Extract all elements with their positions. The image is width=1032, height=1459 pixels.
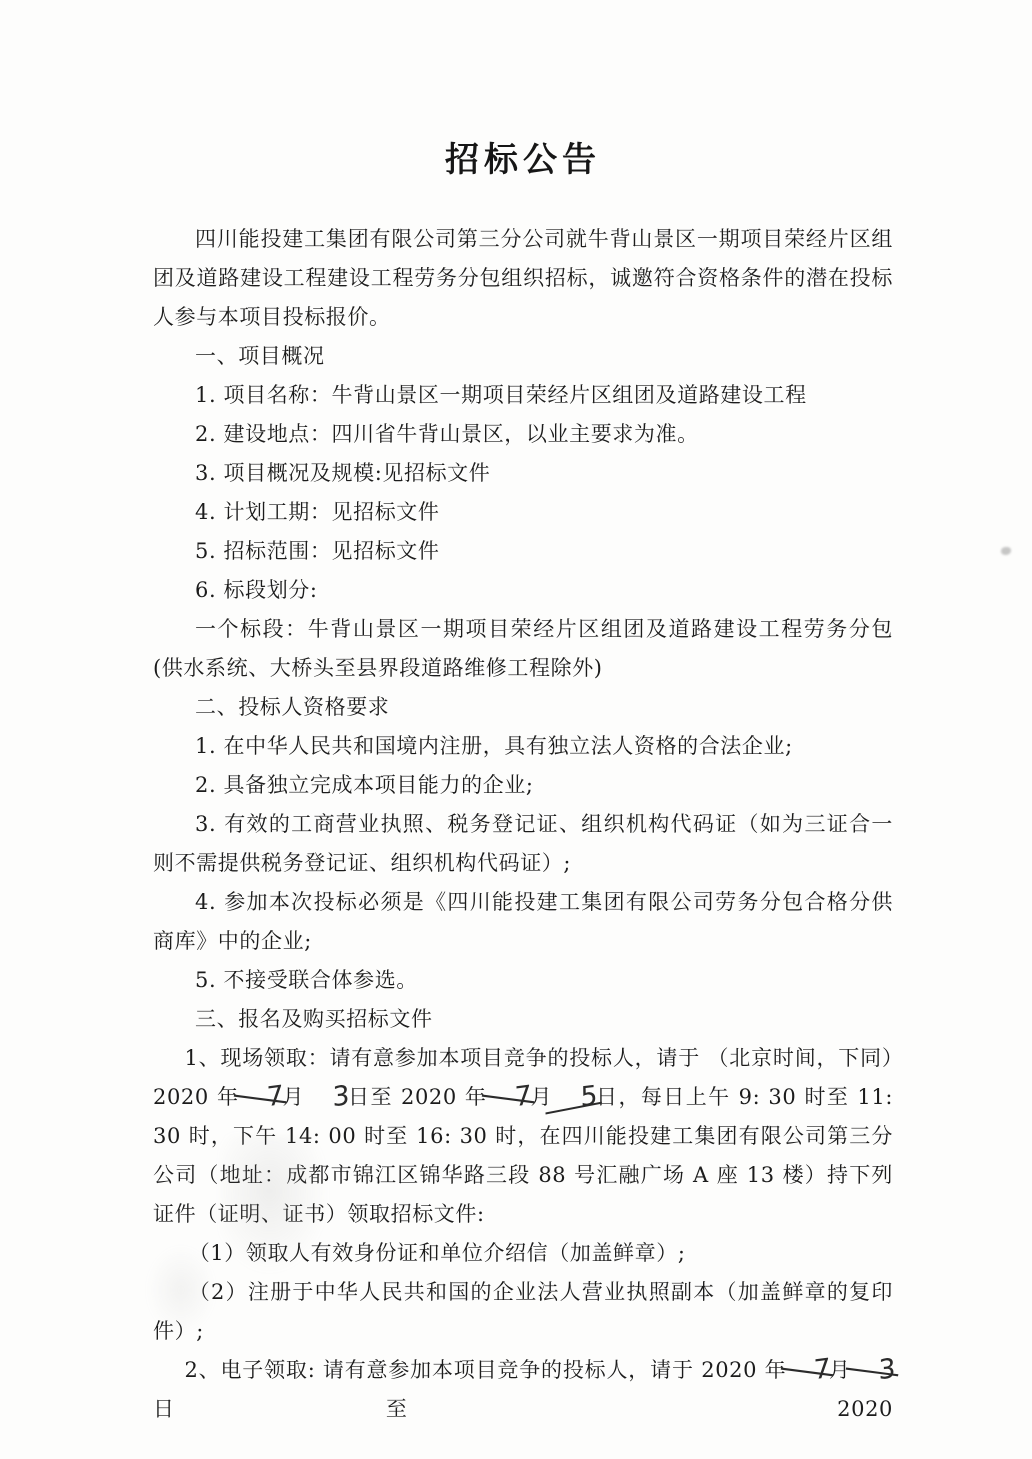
page-title: 招标公告	[153, 136, 893, 184]
qualification-2: 2. 具备独立完成本项目能力的企业;	[153, 766, 893, 805]
text-run: 5. 招标范围：见招标文件	[195, 539, 440, 563]
electronic-collection-paragraph: 2、电子领取: 请有意参加本项目竞争的投标人，请于 2020 年7月3日至 20…	[153, 1351, 893, 1429]
text-run: 一个标段：牛背山景区一期项目荣经片区组团及道路建设工程劳务分包(供水系统、大桥头…	[153, 617, 893, 680]
text-run: 2、电子领取: 请有意参加本项目竞争的投标人，请于 2020 年	[185, 1358, 787, 1382]
scan-smudge-artifact	[220, 1135, 330, 1275]
text-run: 3. 有效的工商营业执照、税务登记证、组织机构代码证（如为三证合一则不需提供税务…	[153, 812, 893, 875]
text-run: 日至 2020	[153, 1397, 893, 1421]
text-run: 6. 标段划分:	[195, 578, 318, 602]
text-run: 一、项目概况	[195, 344, 325, 368]
item-location: 2. 建设地点：四川省牛背山景区，以业主要求为准。	[153, 415, 893, 454]
item-schedule: 4. 计划工期：见招标文件	[153, 493, 893, 532]
text-run: （2）注册于中华人民共和国的企业法人营业执照副本（加盖鲜章的复印件）;	[153, 1280, 893, 1343]
handwritten-date-digit: 3	[847, 1359, 896, 1385]
handwritten-date-digit: 7	[235, 1086, 284, 1112]
certificate-2: （2）注册于中华人民共和国的企业法人营业执照副本（加盖鲜章的复印件）;	[153, 1273, 893, 1351]
text-run: 4. 参加本次投标必须是《四川能投建工集团有限公司劳务分包合格分供商库》中的企业…	[153, 890, 893, 953]
handwritten-date-digit: 7	[483, 1086, 532, 1112]
text-run: 2. 具备独立完成本项目能力的企业;	[195, 773, 534, 797]
handwritten-date-digit: 3	[301, 1086, 350, 1112]
item-overview-scale: 3. 项目概况及规模:见招标文件	[153, 454, 893, 493]
text-run: 四川能投建工集团有限公司第三分公司就牛背山景区一期项目荣经片区组团及道路建设工程…	[153, 227, 893, 329]
item-scope: 5. 招标范围：见招标文件	[153, 532, 893, 571]
text-run: 日至 2020 年	[347, 1085, 487, 1109]
handwritten-date-digit: 7	[782, 1359, 831, 1385]
item-project-name: 1. 项目名称：牛背山景区一期项目荣经片区组团及道路建设工程	[153, 376, 893, 415]
qualification-5: 5. 不接受联合体参选。	[153, 961, 893, 1000]
text-run: 三、报名及购买招标文件	[195, 1007, 433, 1031]
scan-speck-artifact	[1001, 547, 1011, 555]
text-run: 1. 在中华人民共和国境内注册，具有独立法人资格的合法企业;	[195, 734, 793, 758]
qualification-3: 3. 有效的工商营业执照、税务登记证、组织机构代码证（如为三证合一则不需提供税务…	[153, 805, 893, 883]
qualification-4: 4. 参加本次投标必须是《四川能投建工集团有限公司劳务分包合格分供商库》中的企业…	[153, 883, 893, 961]
section-2-heading: 二、投标人资格要求	[153, 688, 893, 727]
text-run: 5. 不接受联合体参选。	[195, 968, 418, 992]
scan-smudge-artifact	[146, 1245, 216, 1335]
text-run: 2. 建设地点：四川省牛背山景区，以业主要求为准。	[195, 422, 699, 446]
intro-paragraph: 四川能投建工集团有限公司第三分公司就牛背山景区一期项目荣经片区组团及道路建设工程…	[153, 220, 893, 337]
item-one-section: 一个标段：牛背山景区一期项目荣经片区组团及道路建设工程劳务分包(供水系统、大桥头…	[153, 610, 893, 688]
text-run: 二、投标人资格要求	[195, 695, 389, 719]
scanned-document-page: 招标公告 四川能投建工集团有限公司第三分公司就牛背山景区一期项目荣经片区组团及道…	[0, 0, 1032, 1459]
item-section-division: 6. 标段划分:	[153, 571, 893, 610]
section-3-heading: 三、报名及购买招标文件	[153, 1000, 893, 1039]
handwritten-date-digit: 5	[549, 1086, 598, 1112]
qualification-1: 1. 在中华人民共和国境内注册，具有独立法人资格的合法企业;	[153, 727, 893, 766]
text-run: 4. 计划工期：见招标文件	[195, 500, 440, 524]
text-run: 3. 项目概况及规模:见招标文件	[195, 461, 490, 485]
text-run: 1. 项目名称：牛背山景区一期项目荣经片区组团及道路建设工程	[195, 383, 807, 407]
section-1-heading: 一、项目概况	[153, 337, 893, 376]
